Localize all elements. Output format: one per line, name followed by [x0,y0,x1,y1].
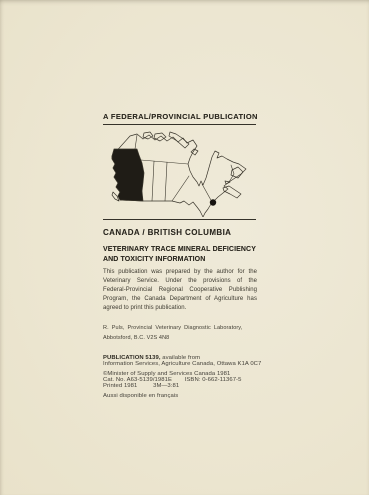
province-border-lines [135,135,234,202]
british-columbia-region [112,149,144,201]
notice-line: Veterinary Service. Under the provisions… [103,277,257,286]
region-title: CANADA / BRITISH COLUMBIA [103,228,231,237]
author-address: R. Puls, Provincial Veterinary Diagnosti… [103,324,253,343]
notice-line: Program, the Canada Department of Agricu… [103,295,257,304]
page-header: A FEDERAL/PROVINCIAL PUBLICATION [103,112,258,121]
map-divider-rule [103,219,256,220]
publication-title: VETERINARY TRACE MINERAL DEFICIENCY AND … [103,245,256,264]
publication-details: PUBLICATION 5139, available from Informa… [103,355,278,399]
isbn-number: ISBN: 0-662-11367-5 [185,377,242,383]
notice-line: agreed to print this publication. [103,304,257,313]
publication-notice: This publication was prepared by the aut… [103,268,257,313]
catalog-number: Cat. No. A63-5139/1981E [103,377,172,383]
publication-title-line1: VETERINARY TRACE MINERAL DEFICIENCY [103,245,256,255]
printed-line: Printed 1981 3M—3:81 [103,383,278,389]
header-underline [103,124,256,125]
printed-year: Printed 1981 [103,383,137,389]
french-availability-line: Aussi disponible en français [103,393,278,399]
publication-availability: available from [162,355,200,361]
scanned-title-page: A FEDERAL/PROVINCIAL PUBLICATION CANADA … [0,0,369,495]
ottawa-capital-dot [210,199,216,205]
publisher-address-line: Information Services, Agriculture Canada… [103,361,278,367]
author-line1: R. Puls, Provincial Veterinary Diagnosti… [103,324,253,334]
notice-line: This publication was prepared by the aut… [103,268,257,277]
print-run-code: 3M—3:81 [153,383,179,389]
notice-line: Federal-Provincial Regional Cooperative … [103,286,257,295]
publication-title-line2: AND TOXICITY INFORMATION [103,255,256,265]
map-outline-group [112,132,246,217]
canada-map [110,131,256,217]
author-line2: Abbotsford, B.C. V2S 4N8 [103,334,253,344]
publication-number: PUBLICATION 5139, [103,355,161,361]
